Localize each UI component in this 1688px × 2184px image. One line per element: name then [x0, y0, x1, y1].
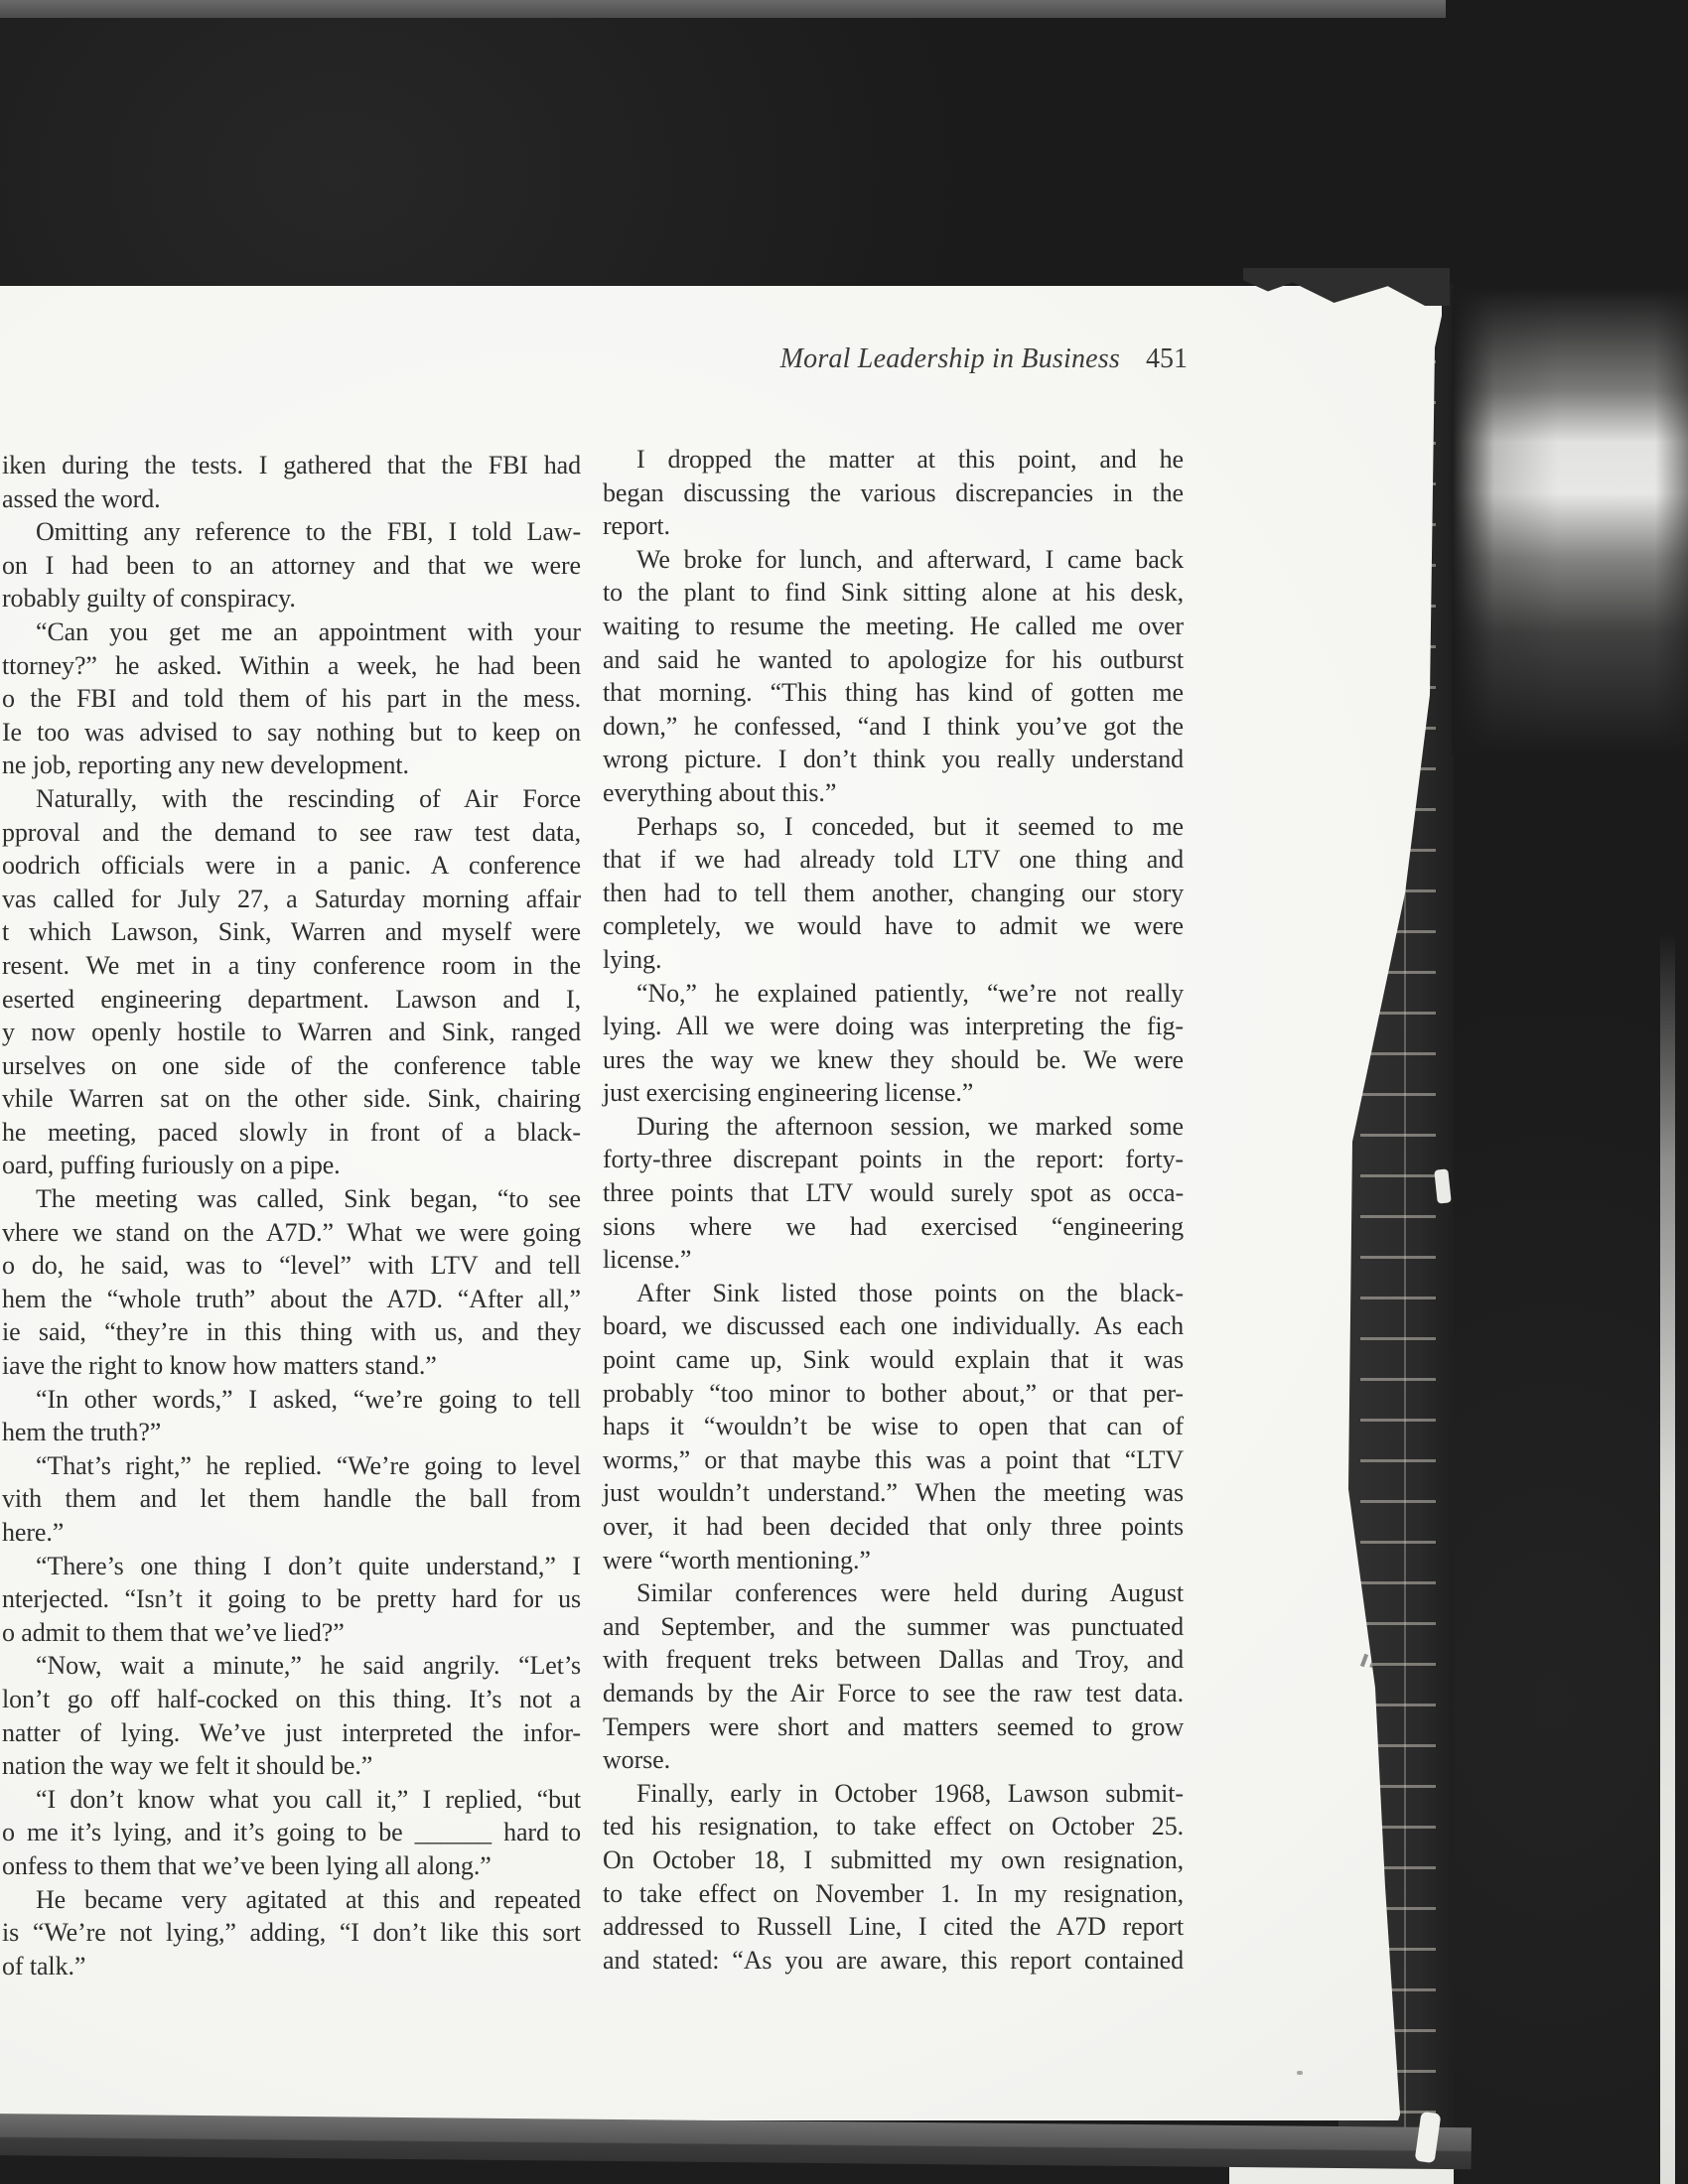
text-line: vas called for July 27, a Saturday morni…	[2, 883, 581, 916]
text-line: ne job, reporting any new development.	[2, 749, 581, 782]
book-top-edge	[0, 0, 1446, 18]
text-line: vhere we stand on the A7D.” What we were…	[2, 1216, 581, 1250]
text-line: board, we discussed each one individuall…	[603, 1309, 1184, 1343]
text-line: robably guilty of conspiracy.	[2, 582, 581, 615]
text-line: everything about this.”	[603, 776, 1184, 810]
text-line: iken during the tests. I gathered that t…	[2, 449, 581, 482]
text-line: After Sink listed those points on the bl…	[603, 1277, 1184, 1310]
text-line: lon’t go off half-cocked on this thing. …	[2, 1683, 581, 1716]
text-line: ures the way we knew they should be. We …	[603, 1043, 1184, 1077]
text-line: vhile Warren sat on the other side. Sink…	[2, 1082, 581, 1116]
text-line: to the plant to find Sink sitting alone …	[603, 576, 1184, 610]
text-line: were “worth mentioning.”	[603, 1544, 1184, 1577]
text-line: license.”	[603, 1243, 1184, 1277]
left-text-column: iken during the tests. I gathered that t…	[2, 449, 581, 1982]
text-line: “Can you get me an appointment with your	[2, 615, 581, 649]
photo-background: Moral Leadership in Business451 iken dur…	[0, 0, 1688, 2184]
text-line: then had to tell them another, changing …	[603, 877, 1184, 910]
text-line: Perhaps so, I conceded, but it seemed to…	[603, 810, 1184, 844]
text-line: On October 18, I submitted my own resign…	[603, 1843, 1184, 1877]
text-line: I dropped the matter at this point, and …	[603, 443, 1184, 477]
page-speck	[1297, 2071, 1303, 2075]
text-line: eserted engineering department. Lawson a…	[2, 983, 581, 1017]
text-line: “I don’t know what you call it,” I repli…	[2, 1783, 581, 1817]
text-line: that morning. “This thing has kind of go…	[603, 676, 1184, 710]
text-line: forty-three discrepant points in the rep…	[603, 1143, 1184, 1176]
text-line: wrong picture. I don’t think you really …	[603, 743, 1184, 776]
text-line: o do, he said, was to “level” with LTV a…	[2, 1249, 581, 1283]
text-line: down,” he confessed, “and I think you’ve…	[603, 710, 1184, 744]
text-line: onfess to them that we’ve been lying all…	[2, 1849, 581, 1883]
text-line: Naturally, with the rescinding of Air Fo…	[2, 782, 581, 816]
text-line: nation the way we felt it should be.”	[2, 1749, 581, 1783]
text-line: pproval and the demand to see raw test d…	[2, 816, 581, 850]
text-line: o me it’s lying, and it’s going to be __…	[2, 1816, 581, 1849]
text-line: We broke for lunch, and afterward, I cam…	[603, 543, 1184, 577]
text-line: and September, and the summer was punctu…	[603, 1610, 1184, 1644]
text-line: ttorney?” he asked. Within a week, he ha…	[2, 649, 581, 683]
text-line: urselves on one side of the conference t…	[2, 1049, 581, 1083]
text-line: resent. We met in a tiny conference room…	[2, 949, 581, 983]
text-line: completely, we would have to admit we we…	[603, 909, 1184, 943]
text-line: just exercising engineering license.”	[603, 1076, 1184, 1110]
running-head-title: Moral Leadership in Business	[780, 343, 1120, 374]
text-line: vith them and let them handle the ball f…	[2, 1482, 581, 1516]
text-line: “In other words,” I asked, “we’re going …	[2, 1383, 581, 1417]
text-line: He became very agitated at this and repe…	[2, 1883, 581, 1917]
text-line: over, it had been decided that only thre…	[603, 1510, 1184, 1544]
text-line: here.”	[2, 1516, 581, 1550]
text-line: sions where we had exercised “engineerin…	[603, 1210, 1184, 1244]
text-line: with frequent treks between Dallas and T…	[603, 1643, 1184, 1677]
running-head: Moral Leadership in Business451	[0, 343, 1188, 375]
text-line: ted his resignation, to take effect on O…	[603, 1810, 1184, 1843]
text-line: Finally, early in October 1968, Lawson s…	[603, 1777, 1184, 1811]
text-line: oard, puffing furiously on a pipe.	[2, 1149, 581, 1182]
text-line: natter of lying. We’ve just interpreted …	[2, 1716, 581, 1750]
text-line: is “We’re not lying,” adding, “I don’t l…	[2, 1916, 581, 1950]
text-line: report.	[603, 509, 1184, 543]
text-line: o admit to them that we’ve lied?”	[2, 1616, 581, 1650]
text-line: oodrich officials were in a panic. A con…	[2, 849, 581, 883]
text-line: of talk.”	[2, 1950, 581, 1983]
text-line: to take effect on November 1. In my resi…	[603, 1877, 1184, 1911]
text-line: worms,” or that maybe this was a point t…	[603, 1443, 1184, 1477]
text-line: assed the word.	[2, 482, 581, 516]
text-line: haps it “wouldn’t be wise to open that c…	[603, 1410, 1184, 1443]
cover-reflection-highlight	[1452, 288, 1688, 754]
text-line: Omitting any reference to the FBI, I tol…	[2, 515, 581, 549]
text-line: iave the right to know how matters stand…	[2, 1349, 581, 1383]
text-line: worse.	[603, 1743, 1184, 1777]
text-line: ie said, “they’re in this thing with us,…	[2, 1315, 581, 1349]
text-line: he meeting, paced slowly in front of a b…	[2, 1116, 581, 1150]
right-text-column: I dropped the matter at this point, and …	[603, 443, 1184, 1977]
text-line: on I had been to an attorney and that we…	[2, 549, 581, 583]
text-line: and said he wanted to apologize for his …	[603, 643, 1184, 677]
text-line: hem the truth?”	[2, 1416, 581, 1449]
text-line: three points that LTV would surely spot …	[603, 1176, 1184, 1210]
text-line: and stated: “As you are aware, this repo…	[603, 1944, 1184, 1978]
text-line: “Now, wait a minute,” he said angrily. “…	[2, 1649, 581, 1683]
text-line: y now openly hostile to Warren and Sink,…	[2, 1016, 581, 1049]
text-line: nterjected. “Isn’t it going to be pretty…	[2, 1582, 581, 1616]
text-line: probably “too minor to bother about,” or…	[603, 1377, 1184, 1411]
text-line: lying.	[603, 943, 1184, 977]
page-speck	[1360, 1654, 1368, 1668]
text-line: “No,” he explained patiently, “we’re not…	[603, 977, 1184, 1011]
text-line: lying. All we were doing was interpretin…	[603, 1010, 1184, 1043]
text-line: “That’s right,” he replied. “We’re going…	[2, 1449, 581, 1483]
text-line: that if we had already told LTV one thin…	[603, 843, 1184, 877]
text-line: Ie too was advised to say nothing but to…	[2, 716, 581, 750]
text-line: The meeting was called, Sink began, “to …	[2, 1182, 581, 1216]
text-line: began discussing the various discrepanci…	[603, 477, 1184, 510]
text-line: t which Lawson, Sink, Warren and myself …	[2, 915, 581, 949]
text-line: point came up, Sink would explain that i…	[603, 1343, 1184, 1377]
text-line: Tempers were short and matters seemed to…	[603, 1710, 1184, 1744]
text-line: addressed to Russell Line, I cited the A…	[603, 1910, 1184, 1944]
cover-edge-highlight	[1660, 933, 1675, 2184]
text-line: waiting to resume the meeting. He called…	[603, 610, 1184, 643]
text-line: Similar conferences were held during Aug…	[603, 1576, 1184, 1610]
book-page: Moral Leadership in Business451 iken dur…	[0, 286, 1442, 2120]
text-line: hem the “whole truth” about the A7D. “Af…	[2, 1283, 581, 1316]
text-line: o the FBI and told them of his part in t…	[2, 682, 581, 716]
text-line: “There’s one thing I don’t quite underst…	[2, 1550, 581, 1583]
text-line: demands by the Air Force to see the raw …	[603, 1677, 1184, 1710]
text-line: just wouldn’t understand.” When the meet…	[603, 1476, 1184, 1510]
page-number: 451	[1146, 343, 1188, 375]
text-line: During the afternoon session, we marked …	[603, 1110, 1184, 1144]
